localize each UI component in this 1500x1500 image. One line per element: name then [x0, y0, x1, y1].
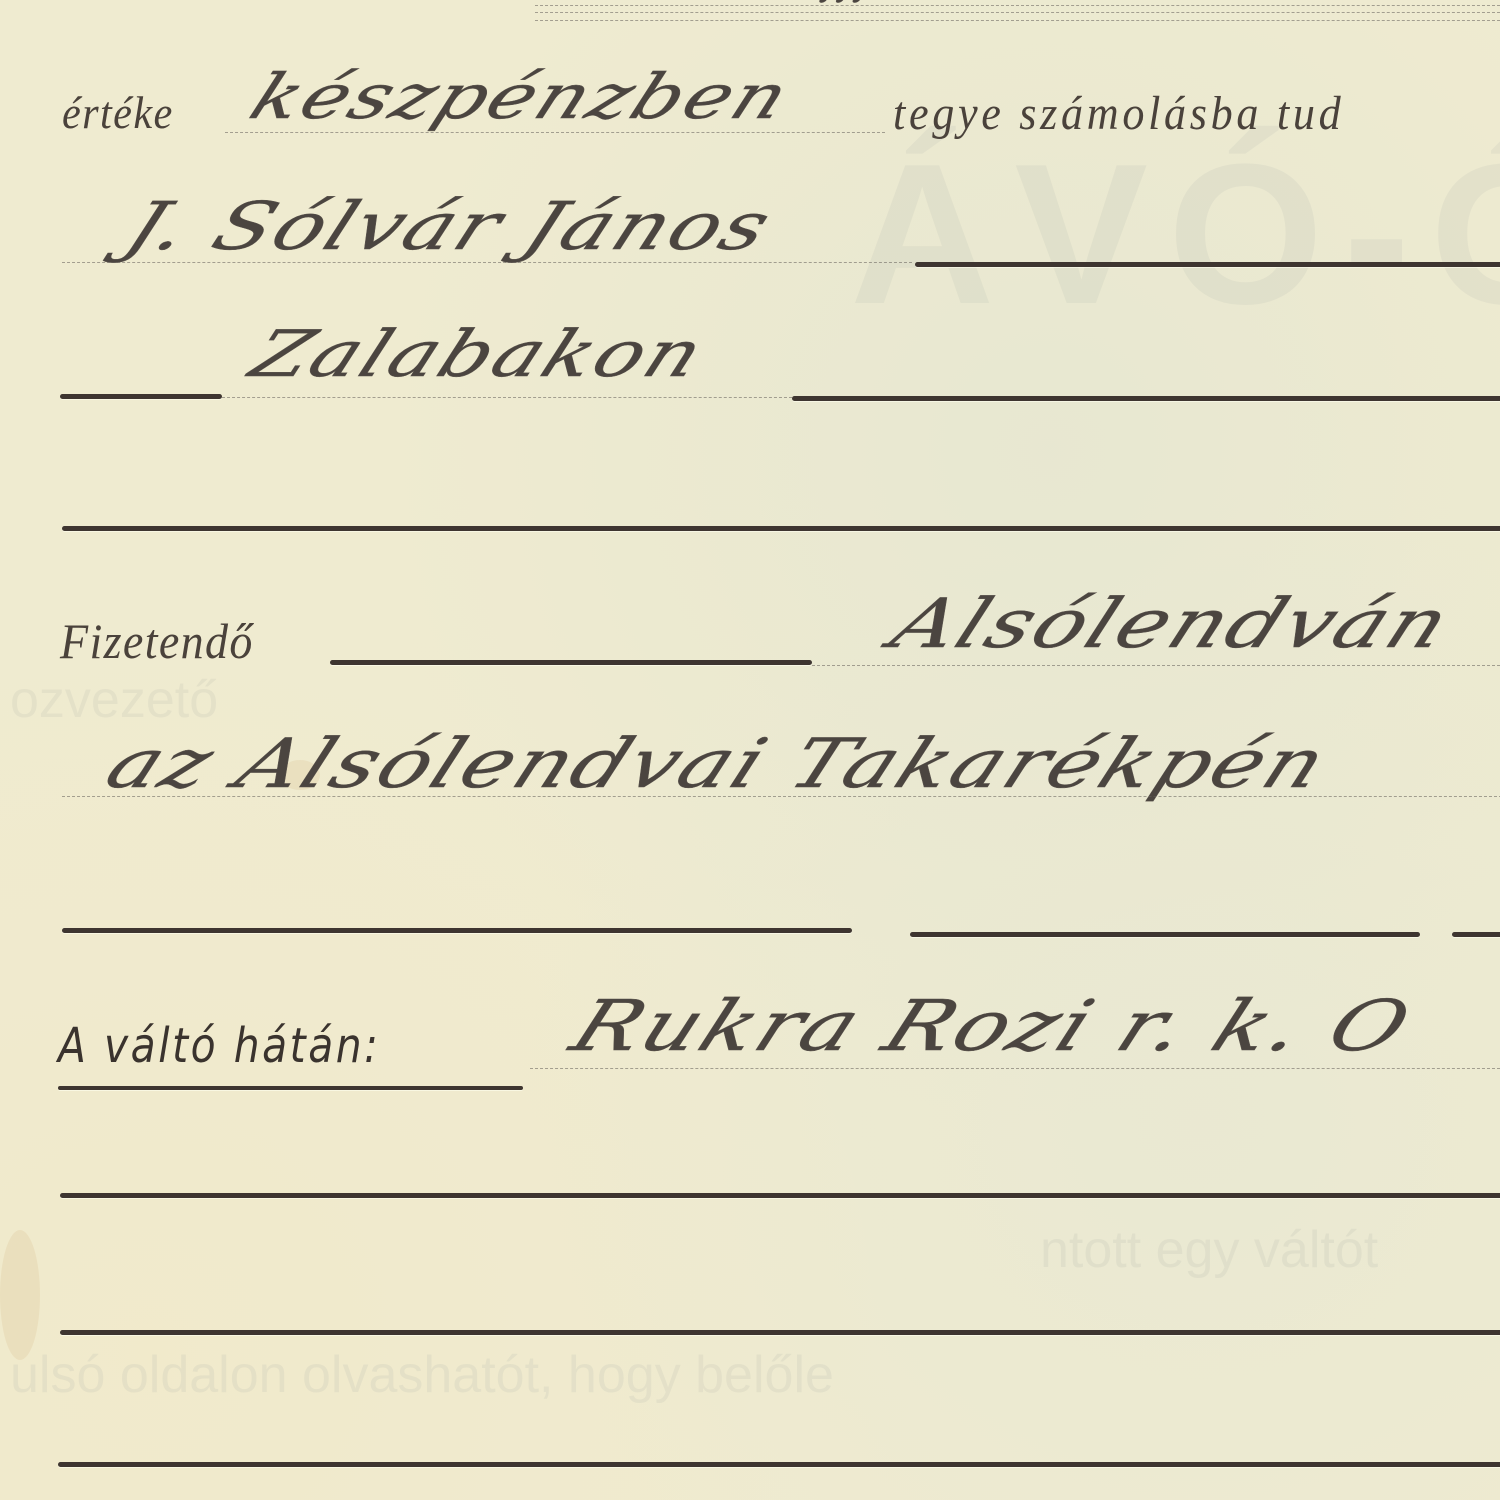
- value-baseline: [225, 132, 885, 133]
- endorsement-baseline: [530, 1068, 1500, 1069]
- value-handwritten: készpénzben: [240, 60, 802, 133]
- place-handwritten: Zalabakon: [240, 318, 716, 392]
- document-page: ÁVÓ-Ó ozvezető ntott egy váltót ulsó old…: [0, 0, 1500, 1500]
- payable-line2-baseline: [62, 796, 1500, 797]
- name-rule: [915, 262, 1500, 267]
- bottom-rule-1: [60, 1193, 1500, 1198]
- segmented-rule-1: [62, 928, 852, 933]
- value-label: értéke: [62, 86, 174, 139]
- endorsement-handwritten: Rukra Rozi r. k. O: [560, 985, 1424, 1067]
- watermark-line: ulsó oldalon olvashatót, hogy belőle: [10, 1345, 834, 1405]
- place-rule-right: [792, 396, 1500, 401]
- name-handwritten: J. Sólvár János: [115, 188, 784, 265]
- bottom-rule-2: [60, 1330, 1500, 1335]
- top-baseline: [535, 12, 1500, 13]
- payable-label: Fizetendő: [60, 612, 254, 670]
- place-baseline: [222, 397, 792, 398]
- top-baseline: [535, 20, 1500, 21]
- watermark-large-text: ÁVÓ-Ó: [850, 120, 1500, 350]
- name-baseline: [62, 262, 912, 263]
- bottom-rule-3: [58, 1462, 1500, 1467]
- payable-rule: [330, 660, 812, 665]
- watermark-line: ntott egy váltót: [1040, 1220, 1378, 1280]
- place-rule-left: [60, 394, 222, 399]
- segmented-rule-3: [1452, 932, 1500, 937]
- endorsement-label-underline: [58, 1086, 523, 1090]
- watermark-line: ozvezető: [10, 670, 218, 730]
- endorsement-label: A váltó hátán:: [58, 1018, 380, 1074]
- value-trailing-label: tegye számolásba tud: [893, 86, 1344, 141]
- payable-handwritten-line2: az Alsólendvai Takarékpén: [95, 725, 1340, 804]
- segmented-rule-2: [910, 932, 1420, 937]
- top-baseline: [535, 5, 1500, 6]
- payable-handwritten-line1: Alsólendván: [880, 585, 1463, 664]
- top-partial-handwriting: …: [810, 0, 881, 12]
- payable-baseline: [812, 665, 1500, 666]
- paper-stain: [0, 1230, 40, 1360]
- blank-rule: [62, 526, 1500, 531]
